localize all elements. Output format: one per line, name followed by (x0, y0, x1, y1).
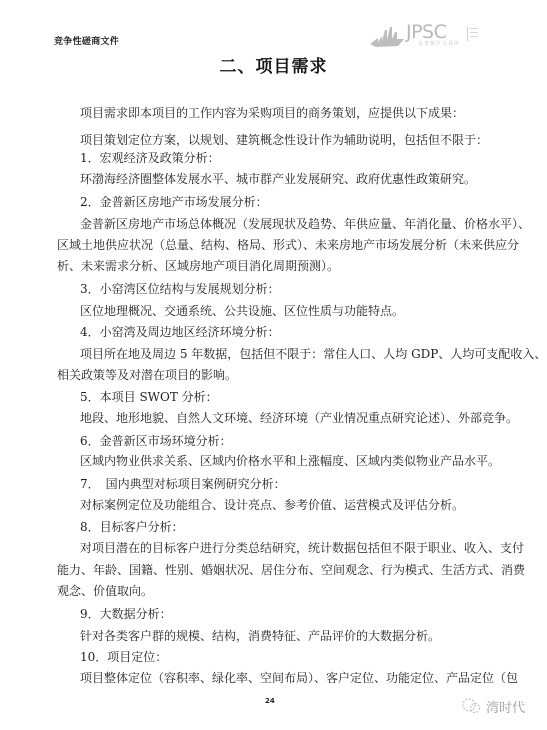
paragraph-line: 4．小窑湾及周边地区经济环境分析： (80, 325, 280, 339)
paragraph-line: 6．金普新区市场环境分析： (80, 434, 232, 448)
logo-side-lines (470, 28, 478, 40)
paragraph-line: 对项目潜在的目标客户进行分类总结研究，统计数据包括但不限于职业、收入、支付 (80, 541, 524, 555)
paragraph-line: 10．项目定位： (80, 650, 167, 664)
page-number: 24 (265, 697, 275, 705)
paragraph-line: 对标案例定位及功能组合、设计亮点、参考价值、运营模式及评估分析。 (80, 498, 464, 512)
paragraph-line: 能力、年龄、国籍、性别、婚姻状况、居住分布、空间观念、行为模式、生活方式、消费 (57, 563, 525, 577)
wechat-watermark: 湾时代 (460, 696, 525, 716)
watermark-text: 湾时代 (486, 697, 525, 716)
paragraph-line: 相关政策等及对潜在项目的影响。 (57, 368, 237, 382)
paragraph-line: 7． 国内典型对标项目案例研究分析： (80, 477, 286, 491)
paragraph-line: 3．小窑湾区位结构与发展规划分析： (80, 282, 280, 296)
paragraph-line: 9．大数据分析： (80, 607, 172, 621)
paragraph-line: 观念、价值取向。 (57, 584, 153, 598)
paragraph-line: 项目需求即本项目的工作内容为采购项目的商务策划，应提供以下成果： (80, 106, 464, 120)
paragraph-line: 5．本项目 SWOT 分析： (80, 390, 218, 404)
city-skyline-logo-icon (368, 24, 406, 50)
paragraph-line: 环渤海经济圈整体发展水平、城市群产业发展研究、政府优惠性政策研究。 (80, 172, 476, 186)
paragraph-line: 项目所在地及周边 5 年数据，包括但不限于：常住人口、人均 GDP、人均可支配收… (80, 347, 546, 361)
logo-subtitle: 金普新区交易所 (418, 40, 460, 47)
document-header-label: 竞争性磋商文件 (54, 34, 119, 47)
paragraph-line: 区位地理概况、交通系统、公共设施、区位性质与功能特点。 (80, 304, 404, 318)
paragraph-line: 项目整体定位（容积率、绿化率、空间布局）、客户定位、功能定位、产品定位（包 (80, 671, 518, 685)
paragraph-line: 地段、地形地貌、自然人文环境、经济环境（产业情况重点研究论述）、外部竞争。 (80, 411, 518, 425)
wechat-bubble-icon (460, 697, 482, 715)
logo-divider (467, 27, 468, 41)
paragraph-line: 区域土地供应状况（总量、结构、格局、形式）、未来房地产市场发展分析（未来供应分 (57, 238, 519, 252)
paragraph-line: 金普新区房地产市场总体概况（发展现状及趋势、年供应量、年消化量、价格水平）、 (80, 217, 530, 231)
paragraph-line: 项目策划定位方案，以规划、建筑概念性设计作为辅助说明，包括但不限于： (80, 133, 488, 147)
jpsc-logo: JPSC 金普新区交易所 (368, 24, 478, 50)
paragraph-line: 8．目标客户分析： (80, 520, 184, 534)
paragraph-line: 1．宏观经济及政策分析： (80, 151, 220, 165)
paragraph-line: 2．金普新区房地产市场发展分析： (80, 195, 268, 209)
paragraph-line: 区域内物业供求关系、区域内价格水平和上涨幅度、区域内类似物业产品水平。 (80, 454, 500, 468)
section-title: 二、项目需求 (0, 52, 547, 77)
paragraph-line: 析、未来需求分析、区域房地产项目消化周期预测）。 (57, 259, 339, 273)
paragraph-line: 针对各类客户群的规模、结构，消费特征、产品评价的大数据分析。 (80, 629, 440, 643)
